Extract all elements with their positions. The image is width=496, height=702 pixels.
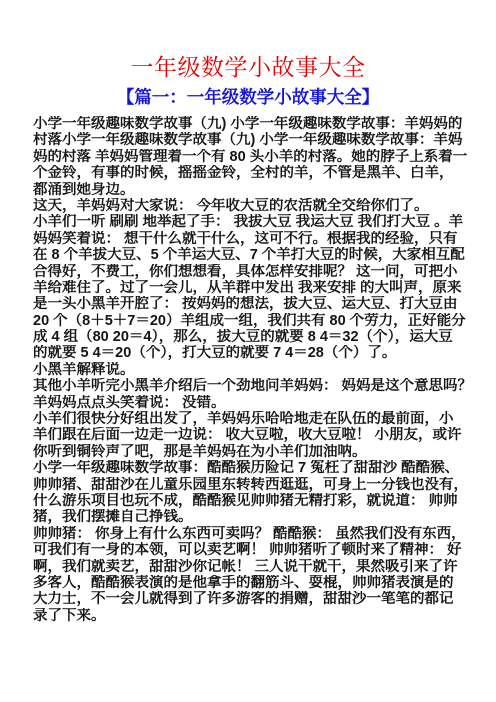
- body-text-line: 羊给难住了。过了一会儿，从羊群中发出 我来安排 的大叫声，原来: [33, 280, 469, 296]
- body-text-line: 羊们跟在后面一边走一边说： 收大豆啦，收大豆啦！ 小朋友，或许: [33, 427, 469, 443]
- document-subtitle: 【篇一：一年级数学小故事大全】: [0, 86, 496, 108]
- body-text-line: 20 个（8＋5＋7＝20）羊组成一组，我们共有 80 个劳力，正好能分: [33, 313, 469, 329]
- body-text-line: 小学一年级趣味数学故事：酷酷猴历险记 7 冤枉了甜甜沙 酷酷猴、: [33, 460, 469, 476]
- body-text-line: 小羊们很快分好组出发了，羊妈妈乐哈哈地走在队伍的最前面，小: [33, 411, 469, 427]
- body-text-line: 多客人，酷酷猴表演的是他拿手的翻筋斗、耍棍，帅帅猪表演是的: [33, 575, 469, 591]
- body-text-line: 这天，羊妈妈对大家说： 今年收大豆的农活就全交给你们了。: [33, 198, 469, 214]
- body-text-line: 在 8 个羊拔大豆、5 个羊运大豆、7 个羊打大豆的时候，大家相互配: [33, 247, 469, 263]
- body-text-line: 帅帅猪： 你身上有什么东西可卖吗？ 酷酷猴： 虽然我们没有东西，: [33, 526, 469, 542]
- body-text-line: 啊，我们就卖艺，甜甜沙你记帐！ 三人说干就干，果然吸引来了许: [33, 559, 469, 575]
- body-text-line: 帅帅猪、甜甜沙在儿童乐园里东转转西逛逛，可身上一分钱也没有，: [33, 477, 469, 493]
- body-text-line: 其他小羊听完小黑羊介绍后一个劲地问羊妈妈： 妈妈是这个意思吗？: [33, 378, 469, 394]
- body-text-line: 妈妈笑着说： 想干什么就干什么，这可不行。根据我的经验，只有: [33, 231, 469, 247]
- body-text-line: 你听到铜铃声了吧，那是羊妈妈在为小羊们加油呐。: [33, 444, 469, 460]
- document-body: 小学一年级趣味数学故事（九) 小学一年级趣味数学故事：羊妈妈的村落小学一年级趣味…: [33, 116, 469, 624]
- body-text-line: 成 4 组（80 20＝4），那么，拔大豆的就要 8 4＝32（个），运大豆: [33, 329, 469, 345]
- body-text-line: 可我们有一身的本领，可以卖艺啊！ 帅帅猪听了顿时来了精神： 好: [33, 542, 469, 558]
- body-text-line: 合得好，不费工，你们想想看，具体怎样安排呢？ 这一问，可把小: [33, 264, 469, 280]
- body-text-line: 录了下来。: [33, 608, 469, 624]
- body-text-line: 村落小学一年级趣味数学故事（九) 小学一年级趣味数学故事：羊妈: [33, 132, 469, 148]
- document-title: 一年级数学小故事大全: [0, 53, 496, 83]
- body-text-line: 都涌到她身边。: [33, 182, 469, 198]
- body-text-line: 什么游乐项目也玩不成，酷酷猴见帅帅猪无精打彩，就说道： 帅帅: [33, 493, 469, 509]
- body-text-line: 小羊们一听 刷刷 地举起了手： 我拔大豆 我运大豆 我们打大豆 。羊: [33, 214, 469, 230]
- body-text-line: 羊妈妈点点头笑着说： 没错。: [33, 395, 469, 411]
- body-text-line: 个金铃，有事的时候，摇摇金铃，全村的羊，不管是黑羊、白羊，: [33, 165, 469, 181]
- body-text-line: 猪，我们摆摊自己挣钱。: [33, 509, 469, 525]
- body-text-line: 小黑羊解释说。: [33, 362, 469, 378]
- body-text-line: 妈的村落 羊妈妈管理着一个有 80 头小羊的村落。她的脖子上系着一: [33, 149, 469, 165]
- body-text-line: 小学一年级趣味数学故事（九) 小学一年级趣味数学故事：羊妈妈的: [33, 116, 469, 132]
- body-text-line: 的就要 5 4＝20（个），打大豆的就要 7 4＝28（个）了。: [33, 345, 469, 361]
- body-text-line: 大力士，不一会儿就得到了许多游客的捐赠，甜甜沙一笔笔的都记: [33, 591, 469, 607]
- body-text-line: 是一头小黑羊开腔了： 按妈妈的想法，拔大豆、运大豆、打大豆由: [33, 296, 469, 312]
- document-page: 一年级数学小故事大全 【篇一：一年级数学小故事大全】 小学一年级趣味数学故事（九…: [0, 0, 496, 702]
